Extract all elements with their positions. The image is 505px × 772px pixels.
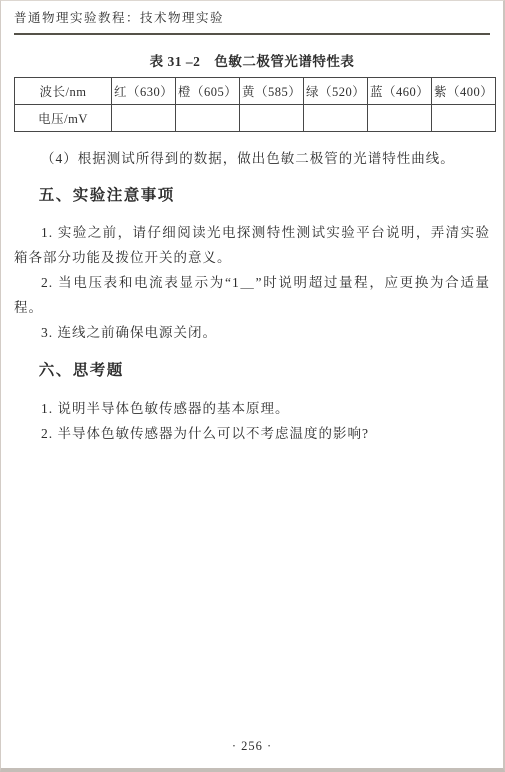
document-page: 普通物理实验教程：技术物理实验 表 31 –2 色敏二极管光谱特性表 波长/nm… <box>0 0 505 772</box>
page-number: · 256 · <box>1 739 503 754</box>
wavelength-cell-yellow: 黄（585） <box>240 78 304 105</box>
voltage-cell-empty <box>176 105 240 132</box>
section-heading-questions: 六、思考题 <box>14 360 490 382</box>
wavelength-row-label: 波长/nm <box>15 78 112 105</box>
notes-list: 1. 实验之前，请仔细阅读光电探测特性测试实验平台说明，弄清实验箱各部分功能及拨… <box>1 220 503 345</box>
note-item: 2. 当电压表和电流表显示为“1＿”时说明超过量程，应更换为合适量程。 <box>14 270 490 320</box>
running-header: 普通物理实验教程：技术物理实验 <box>14 11 490 35</box>
procedure-item-4: （4）根据测试所得到的数据，做出色敏二极管的光谱特性曲线。 <box>14 146 490 171</box>
section-heading-notes: 五、实验注意事项 <box>14 185 490 207</box>
wavelength-cell-green: 绿（520） <box>304 78 368 105</box>
voltage-cell-empty <box>368 105 432 132</box>
note-item: 3. 连线之前确保电源关闭。 <box>14 320 490 345</box>
table-title: 表 31 –2 色敏二极管光谱特性表 <box>1 50 503 70</box>
table-row-wavelength: 波长/nm 红（630） 橙（605） 黄（585） 绿（520） 蓝（460）… <box>15 78 496 105</box>
voltage-row-label: 电压/mV <box>15 105 112 132</box>
note-item: 1. 实验之前，请仔细阅读光电探测特性测试实验平台说明，弄清实验箱各部分功能及拨… <box>14 220 490 270</box>
table-row-voltage: 电压/mV <box>15 105 496 132</box>
wavelength-cell-violet: 紫（400） <box>432 78 496 105</box>
question-item: 1. 说明半导体色敏传感器的基本原理。 <box>14 396 490 421</box>
question-item: 2. 半导体色敏传感器为什么可以不考虑温度的影响? <box>14 421 490 446</box>
voltage-cell-empty <box>240 105 304 132</box>
voltage-cell-empty <box>112 105 176 132</box>
voltage-cell-empty <box>432 105 496 132</box>
questions-list: 1. 说明半导体色敏传感器的基本原理。 2. 半导体色敏传感器为什么可以不考虑温… <box>1 396 503 446</box>
wavelength-cell-orange: 橙（605） <box>176 78 240 105</box>
wavelength-cell-red: 红（630） <box>112 78 176 105</box>
spectrum-characteristics-table: 波长/nm 红（630） 橙（605） 黄（585） 绿（520） 蓝（460）… <box>14 77 496 132</box>
wavelength-cell-blue: 蓝（460） <box>368 78 432 105</box>
voltage-cell-empty <box>304 105 368 132</box>
